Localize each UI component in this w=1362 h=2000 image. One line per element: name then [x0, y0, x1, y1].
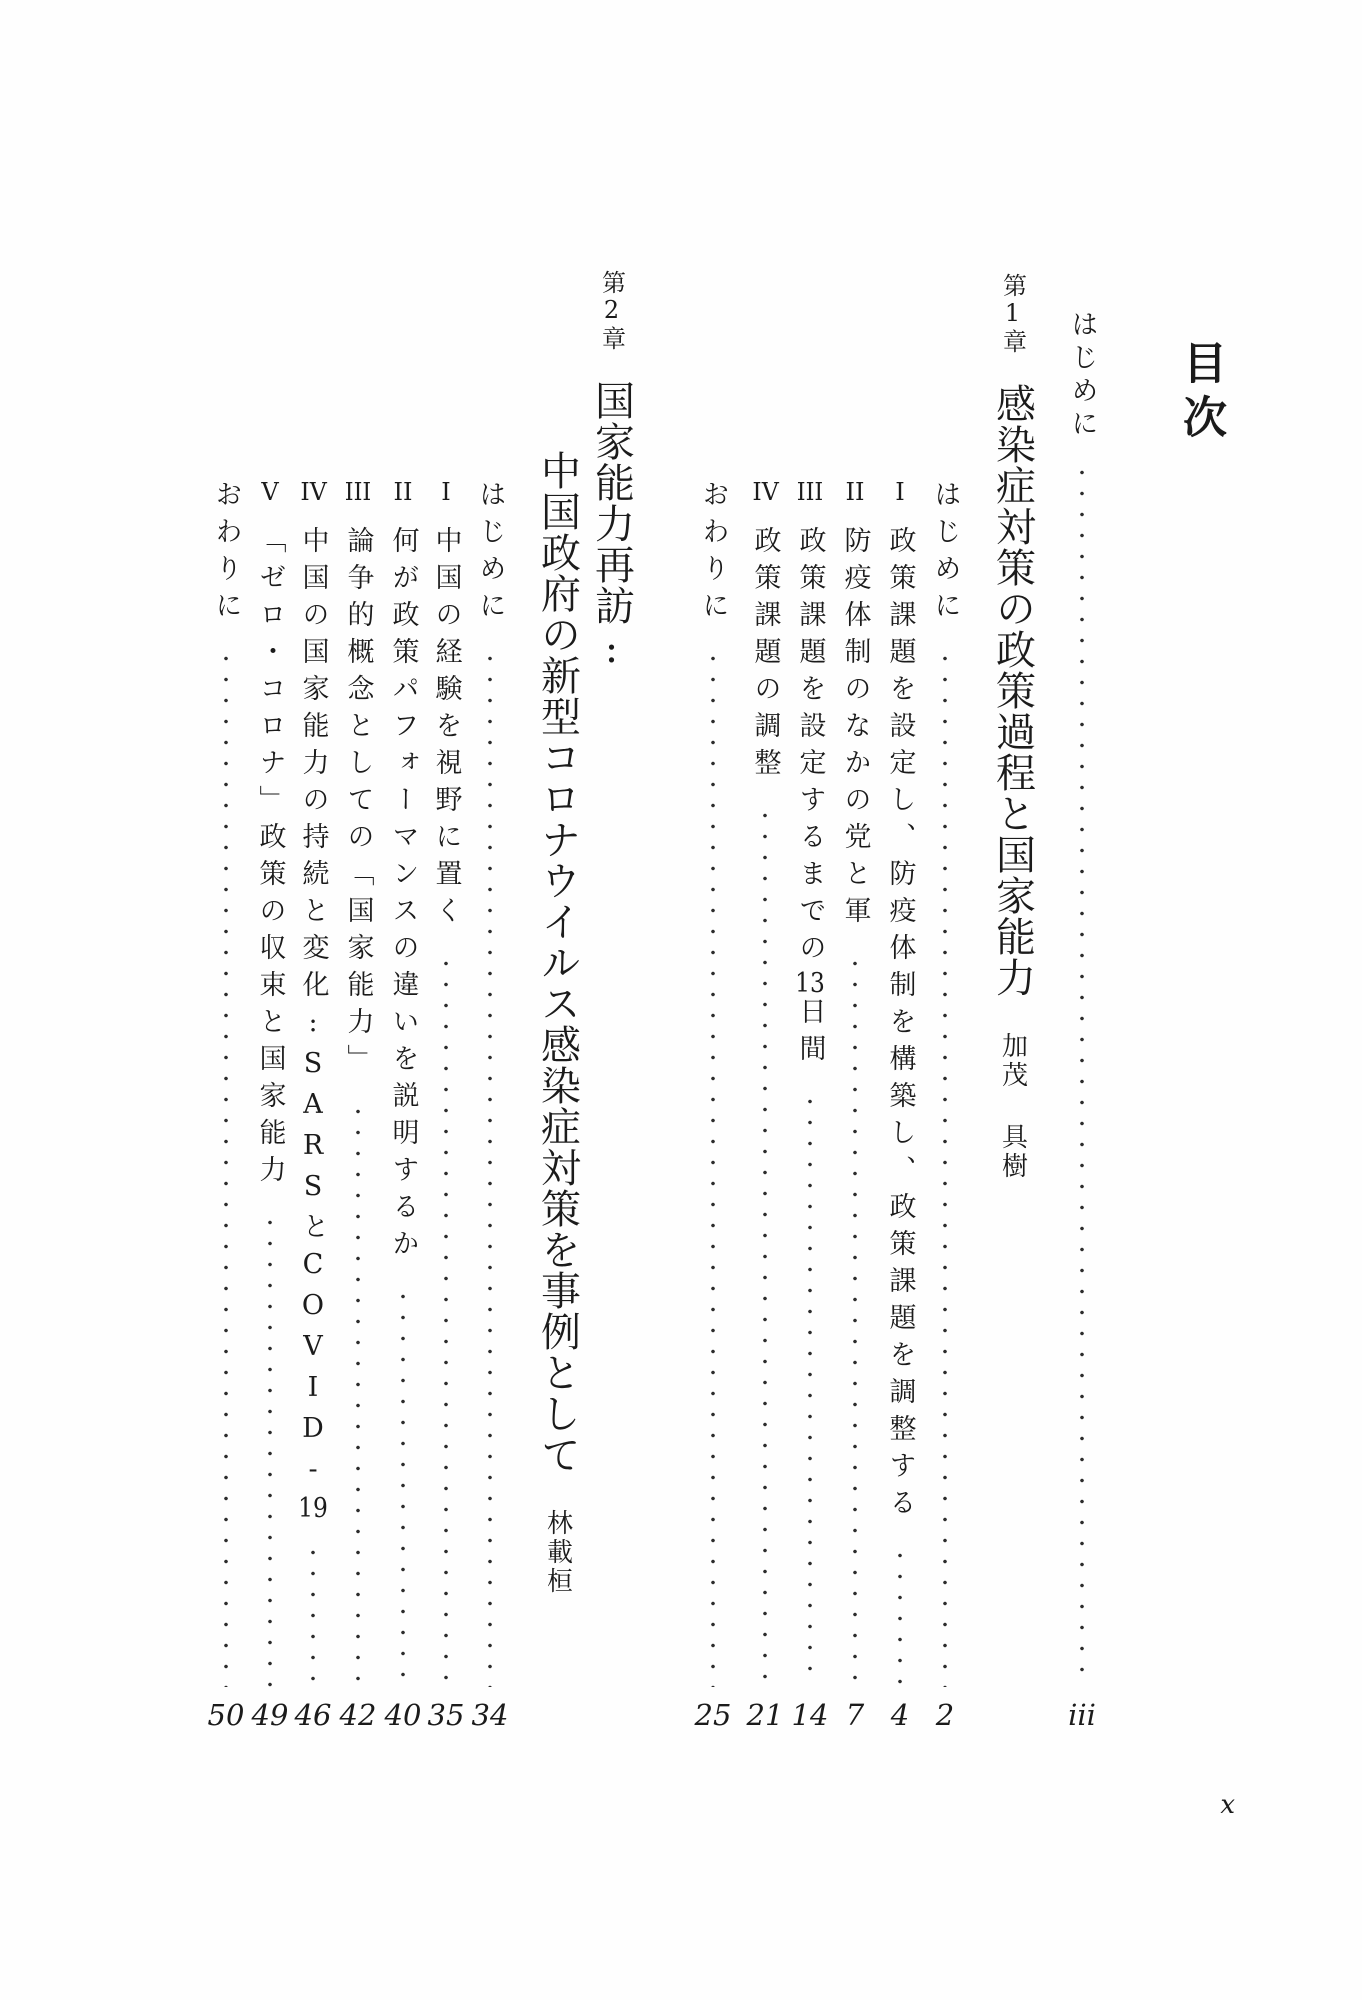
page-number: 7 [846, 1697, 864, 1730]
page-number: 2 [936, 1697, 954, 1730]
entry-label: 政策課題を設定し、防疫体制を構築し、政策課題を調整する [881, 526, 920, 1525]
entry-label: おわりに [694, 480, 733, 628]
chapter-2-heading: 第2章 国家能力再訪: [584, 270, 640, 673]
entry-label: 中国の経験を視野に置く [427, 526, 466, 933]
entry-label: 防疫体制のなかの党と軍 [836, 526, 875, 933]
folio-page-number: x [1220, 1790, 1235, 1820]
page-number: 46 [295, 1697, 332, 1730]
entry-label: 政策課題の調整 [746, 526, 785, 785]
toc-entry-ch2-s4: IV 中国の国家能力の持続と変化:SARSとCOVID-19 46 [291, 480, 335, 1730]
entry-label: 何が政策パフォーマンスの違いを説明するか [384, 526, 423, 1266]
chapter-1-number: 第1章 [996, 273, 1031, 355]
page-number: 34 [472, 1697, 509, 1730]
toc-entry-ch1-s3: III 政策課題を設定するまでの13日間 14 [788, 480, 832, 1730]
chapter-1-title: 感染症対策の政策過程と国家能力 [985, 383, 1042, 998]
toc-entry-ch1-hajimeni: はじめに 2 [923, 480, 967, 1730]
entry-label: はじめに [926, 480, 965, 628]
toc-entry-ch1-s2: II 防疫体制のなかの党と軍 7 [833, 480, 877, 1730]
dot-leader [424, 949, 468, 1687]
entry-label: 中国の国家能力の持続と変化:SARSとCOVID-19 [294, 526, 333, 1522]
toc-entry-ch2-owarini: おわりに 50 [204, 480, 248, 1730]
toc-entry-ch2-s5: V 「ゼロ・コロナ」政策の収束と国家能力 49 [248, 480, 292, 1730]
section-numeral: II [389, 480, 417, 504]
section-numeral: IV [751, 480, 779, 504]
dot-leader [743, 801, 787, 1687]
toc-entry-ch2-hajimeni: はじめに 34 [468, 480, 512, 1730]
chapter-2-heading-line2: 中国政府の新型コロナウイルス感染症対策を事例として 林載桓 [530, 450, 586, 1596]
page-title: 目次 [1176, 340, 1224, 448]
page-number: 40 [385, 1697, 422, 1730]
toc-entry-ch1-owarini: おわりに 25 [691, 480, 735, 1730]
dot-leader [291, 1538, 335, 1687]
dot-leader [1060, 458, 1104, 1687]
entry-label: おわりに [207, 480, 246, 628]
entry-label: はじめに [1063, 310, 1102, 442]
toc-entry-front-hajimeni: はじめに iii [1060, 310, 1104, 1730]
dot-leader [248, 1208, 292, 1687]
dot-leader [204, 644, 248, 1687]
toc-page: 目次 はじめに iii 第1章 感染症対策の政策過程と国家能力 加茂 具樹 はじ… [0, 0, 1362, 2000]
toc-entry-ch2-s2: II 何が政策パフォーマンスの違いを説明するか 40 [381, 480, 425, 1730]
section-numeral: I [886, 480, 914, 504]
chapter-1-author: 加茂 具樹 [995, 1032, 1032, 1181]
page-number: 35 [428, 1697, 465, 1730]
dot-leader [788, 1087, 832, 1687]
toc-entry-ch1-s4: IV 政策課題の調整 21 [743, 480, 787, 1730]
dot-leader [833, 949, 877, 1687]
toc-entry-ch2-s1: I 中国の経験を視野に置く 35 [424, 480, 468, 1730]
page-number: 50 [208, 1697, 245, 1730]
page-number: 49 [252, 1697, 289, 1730]
dot-leader [878, 1541, 922, 1687]
section-numeral: II [841, 480, 869, 504]
section-numeral: I [432, 480, 460, 504]
dot-leader [923, 644, 967, 1687]
dot-leader [381, 1282, 425, 1687]
toc-entry-ch1-s1: I 政策課題を設定し、防疫体制を構築し、政策課題を調整する 4 [878, 480, 922, 1730]
dot-leader [468, 644, 512, 1687]
dot-leader [691, 644, 735, 1687]
section-numeral: III [344, 480, 372, 504]
toc-entry-ch2-s3: III 論争的概念としての「国家能力」 42 [336, 480, 380, 1730]
chapter-2-number: 第2章 [595, 270, 630, 352]
page-number: iii [1068, 1697, 1096, 1730]
page-number: 14 [792, 1697, 829, 1730]
section-numeral: IV [299, 480, 327, 504]
entry-label: 政策課題を設定するまでの13日間 [791, 526, 830, 1071]
page-number: 21 [747, 1697, 784, 1730]
section-numeral: III [796, 480, 824, 504]
entry-label: 論争的概念としての「国家能力」 [339, 526, 378, 1081]
page-number: 25 [695, 1697, 732, 1730]
page-number: 42 [340, 1697, 377, 1730]
section-numeral: V [256, 480, 284, 504]
entry-label: 「ゼロ・コロナ」政策の収束と国家能力 [251, 526, 290, 1192]
page-number: 4 [891, 1697, 909, 1730]
dot-leader [336, 1097, 380, 1687]
entry-label: はじめに [471, 480, 510, 628]
chapter-2-title-line1: 国家能力再訪: [584, 380, 641, 673]
chapter-1-heading: 第1章 感染症対策の政策過程と国家能力 加茂 具樹 [985, 273, 1041, 1181]
chapter-2-author: 林載桓 [540, 1509, 577, 1596]
chapter-2-title-line2: 中国政府の新型コロナウイルス感染症対策を事例として [530, 450, 587, 1475]
